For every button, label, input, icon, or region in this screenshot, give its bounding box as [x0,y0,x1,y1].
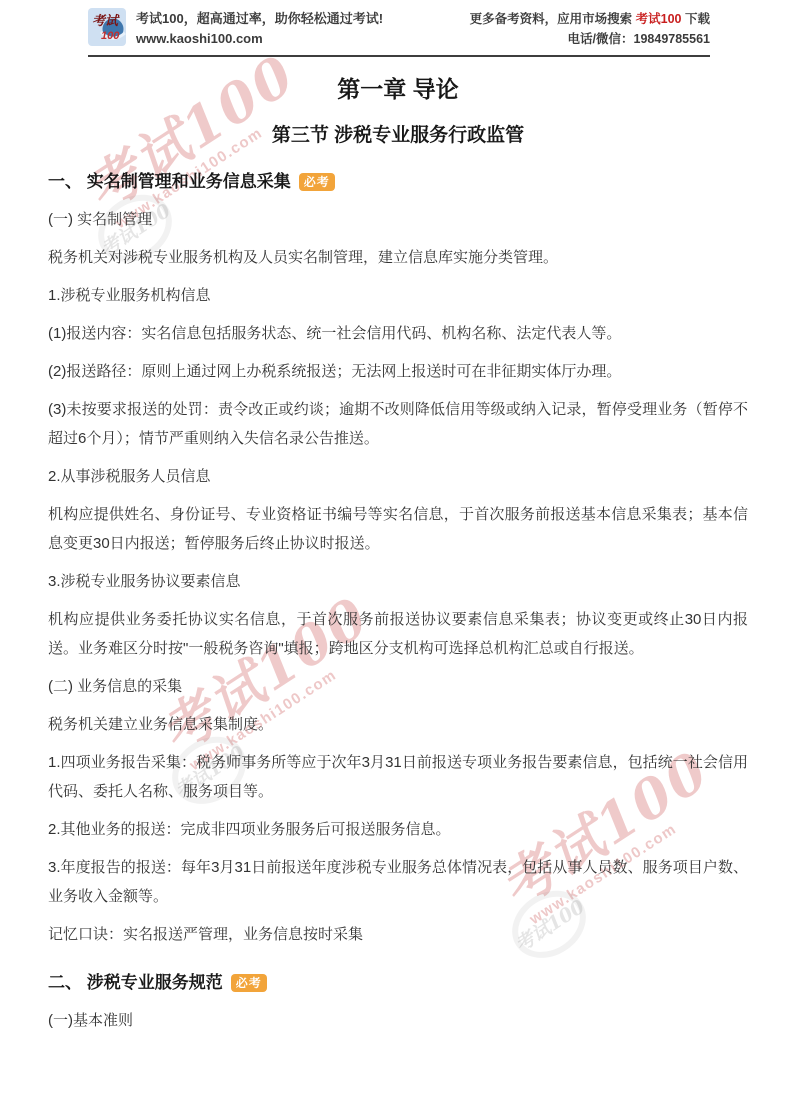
paragraph-text: (1)报送内容：实名信息包括服务状态、统一社会信用代码、机构名称、法定代表人等。 [48,325,621,342]
paragraph: 3.年度报告的报送：每年3月31日前报送年度涉税专业服务总体情况表，包括从事人员… [48,853,748,911]
paragraph-text: (二) 业务信息的采集 [48,678,182,695]
bikao-badge: 必考 [231,974,267,992]
document-content: 第一章 导论 第三节 涉税专业服务行政监管 一、 实名制管理和业务信息采集必考(… [48,55,748,1035]
paragraph-text: 1.四项业务报告采集：税务师事务所等应于次年3月31日前报送专项业务报告要素信息… [48,754,748,800]
paragraph-text: 2.从事涉税服务人员信息 [48,468,211,485]
paragraph: 2.其他业务的报送：完成非四项业务服务后可报送服务信息。 [48,815,748,844]
header-left: 考试 100 考试100，超高通过率，助你轻松通过考试! www.kaoshi1… [88,0,383,49]
promo-brand: 考试100 [636,12,682,26]
chapter-title: 第一章 导论 [48,75,748,103]
header-left-text: 考试100，超高通过率，助你轻松通过考试! www.kaoshi100.com [136,8,383,49]
promo-suffix: 下载 [682,12,710,26]
paragraph-text: (一) 实名制管理 [48,211,152,228]
section-heading-text: 一、 实名制管理和业务信息采集 [48,170,291,194]
paragraph-text: 3.年度报告的报送：每年3月31日前报送年度涉税专业服务总体情况表，包括从事人员… [48,859,748,905]
kaoshi100-logo-icon: 考试 100 [88,8,126,46]
paragraph: (3)未按要求报送的处罚：责令改正或约谈；逾期不改则降低信用等级或纳入记录，暂停… [48,395,748,453]
page-header: 考试 100 考试100，超高通过率，助你轻松通过考试! www.kaoshi1… [88,0,710,57]
paragraph: (一)基本准则 [48,1006,748,1035]
paragraph: 机构应提供姓名、身份证号、专业资格证书编号等实名信息，于首次服务前报送基本信息采… [48,500,748,558]
paragraph: 税务机关建立业务信息采集制度。 [48,710,748,739]
paragraph: 税务机关对涉税专业服务机构及人员实名制管理，建立信息库实施分类管理。 [48,243,748,272]
paragraph-text: 3.涉税专业服务协议要素信息 [48,573,241,590]
section-heading: 一、 实名制管理和业务信息采集必考 [48,170,748,194]
paragraph-text: 记忆口诀：实名报送严管理，业务信息按时采集 [48,926,363,943]
header-website-link[interactable]: www.kaoshi100.com [136,29,383,49]
paragraph: 记忆口诀：实名报送严管理，业务信息按时采集 [48,920,748,949]
paragraph: 2.从事涉税服务人员信息 [48,462,748,491]
paragraph: (1)报送内容：实名信息包括服务状态、统一社会信用代码、机构名称、法定代表人等。 [48,319,748,348]
paragraph: 机构应提供业务委托协议实名信息，于首次服务前报送协议要素信息采集表；协议变更或终… [48,605,748,663]
content-blocks: 一、 实名制管理和业务信息采集必考(一) 实名制管理税务机关对涉税专业服务机构及… [48,170,748,1035]
paragraph: 3.涉税专业服务协议要素信息 [48,567,748,596]
paragraph-text: (一)基本准则 [48,1012,133,1029]
document-page: 考试100 考试100 www.kaoshi100.com 考试100 考试10… [0,0,794,1098]
paragraph-text: 2.其他业务的报送：完成非四项业务服务后可报送服务信息。 [48,821,451,838]
paragraph: 1.四项业务报告采集：税务师事务所等应于次年3月31日前报送专项业务报告要素信息… [48,748,748,806]
paragraph-text: 1.涉税专业服务机构信息 [48,287,211,304]
paragraph: 1.涉税专业服务机构信息 [48,281,748,310]
paragraph-text: (2)报送路径：原则上通过网上办税系统报送；无法网上报送时可在非征期实体厅办理。 [48,363,621,380]
paragraph-text: (3)未按要求报送的处罚：责令改正或约谈；逾期不改则降低信用等级或纳入记录，暂停… [48,401,748,447]
section-title: 第三节 涉税专业服务行政监管 [48,124,748,148]
paragraph-text: 机构应提供业务委托协议实名信息，于首次服务前报送协议要素信息采集表；协议变更或终… [48,611,748,657]
header-right: 更多备考资料，应用市场搜索 考试100 下载 电话/微信：19849785561 [470,0,710,49]
paragraph: (一) 实名制管理 [48,205,748,234]
header-tagline: 考试100，超高通过率，助你轻松通过考试! [136,9,383,29]
logo-text-bottom: 100 [101,30,120,42]
paragraph: (二) 业务信息的采集 [48,672,748,701]
paragraph-text: 税务机关对涉税专业服务机构及人员实名制管理，建立信息库实施分类管理。 [48,249,558,266]
logo-text-top: 考试 [92,13,121,28]
header-contact: 电话/微信：19849785561 [470,29,710,49]
paragraph-text: 税务机关建立业务信息采集制度。 [48,716,273,733]
kaoshi100-logo: 考试 100 [88,8,126,46]
section-heading: 二、 涉税专业服务规范必考 [48,971,748,995]
promo-prefix: 更多备考资料，应用市场搜索 [470,12,636,26]
paragraph-text: 机构应提供姓名、身份证号、专业资格证书编号等实名信息，于首次服务前报送基本信息采… [48,506,748,552]
section-heading-text: 二、 涉税专业服务规范 [48,971,223,995]
paragraph: (2)报送路径：原则上通过网上办税系统报送；无法网上报送时可在非征期实体厅办理。 [48,357,748,386]
header-promo: 更多备考资料，应用市场搜索 考试100 下载 [470,9,710,29]
bikao-badge: 必考 [299,173,335,191]
